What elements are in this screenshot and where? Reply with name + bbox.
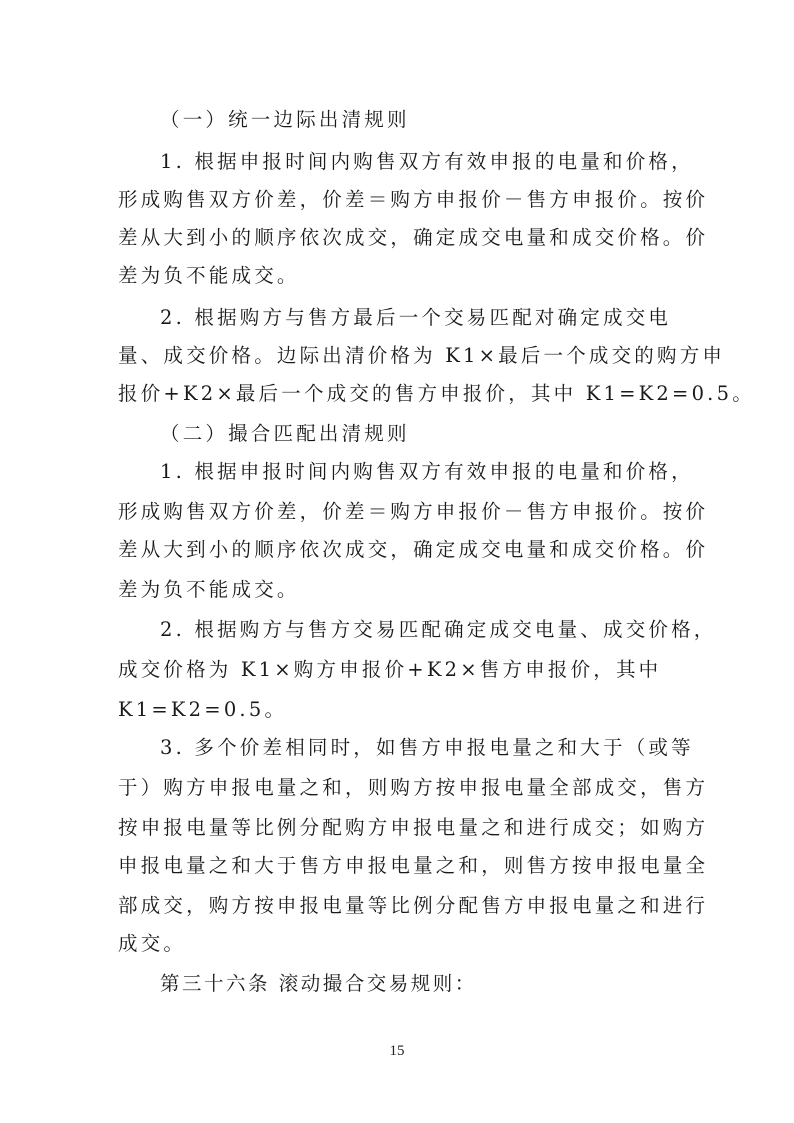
paragraph-line: 差为负不能成交。 <box>118 264 300 288</box>
paragraph-line: 形成购售双方价差，价差＝购方申报价－售方申报价。按价 <box>118 188 708 212</box>
paragraph-line: 成交价格为 K1×购方申报价+K2×售方申报价，其中 <box>118 658 661 682</box>
paragraph-line: 3. 多个价差相同时，如售方申报电量之和大于（或等 <box>160 736 694 760</box>
paragraph-line: 差从大到小的顺序依次成交，确定成交电量和成交价格。价 <box>118 226 708 250</box>
paragraph-line: 差为负不能成交。 <box>118 578 300 602</box>
article-heading: 第三十六条 滚动撮合交易规则： <box>160 972 477 996</box>
paragraph-line: 1. 根据申报时间内购售双方有效申报的电量和价格， <box>160 150 694 174</box>
page-number: 15 <box>0 1043 794 1060</box>
paragraph-line: 成交。 <box>118 932 186 956</box>
paragraph-line: 形成购售双方价差，价差＝购方申报价－售方申报价。按价 <box>118 500 708 524</box>
paragraph-line: 申报电量之和大于售方申报电量之和，则售方按申报电量全 <box>118 854 708 878</box>
paragraph-line: 部成交，购方按申报电量等比例分配售方申报电量之和进行 <box>118 894 708 918</box>
paragraph-line: 2. 根据购方与售方最后一个交易匹配对确定成交电 <box>160 306 671 330</box>
section-heading-uniform-marginal-clearing: （一）统一边际出清规则 <box>160 108 410 132</box>
paragraph-line: 报价+K2×最后一个成交的售方申报价，其中 K1=K2=0.5。 <box>118 382 755 406</box>
paragraph-line: 差从大到小的顺序依次成交，确定成交电量和成交价格。价 <box>118 538 708 562</box>
section-heading-matching-clearing: （二）撮合匹配出清规则 <box>160 422 410 446</box>
paragraph-line: 按申报电量等比例分配购方申报电量之和进行成交；如购方 <box>118 816 708 840</box>
paragraph-line: 量、成交价格。边际出清价格为 K1×最后一个成交的购方申 <box>118 344 725 368</box>
paragraph-line: 于）购方申报电量之和，则购方按申报电量全部成交，售方 <box>118 776 708 800</box>
paragraph-line: 2. 根据购方与售方交易匹配确定成交电量、成交价格， <box>160 618 717 642</box>
paragraph-line: K1=K2=0.5。 <box>118 698 287 722</box>
paragraph-line: 1. 根据申报时间内购售双方有效申报的电量和价格， <box>160 460 694 484</box>
